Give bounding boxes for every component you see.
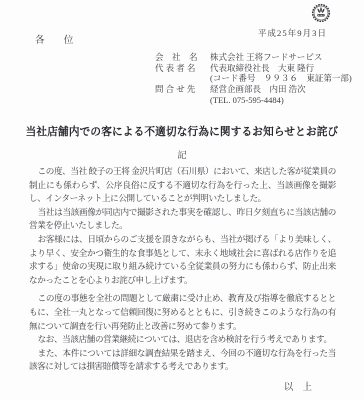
company-info-row: (コード番号 ９９３６ 東証第一部) [155,73,354,84]
body-paragraph: また、本件については詳細な調査結果を踏まえ、今回の不適切な行為を行った当該客に対… [29,347,336,374]
company-info-block: 会 社 名 株式会社 王将フードサービス 代 表 者 名 代表取締役社長 大東 … [155,52,354,106]
company-info-row: 会 社 名 株式会社 王将フードサービス [155,52,354,63]
company-info-label [155,73,210,84]
company-info-label: 会 社 名 [155,52,210,63]
company-info-label: 問 合 せ 先 [155,84,210,95]
company-info-value: 経営企画部長 内田 浩次 [210,84,306,95]
company-info-row: 問 合 せ 先 経営企画部長 内田 浩次 [155,84,354,95]
company-info-value: (コード番号 ９９３６ 東証第一部) [210,73,352,84]
company-info-value: 株式会社 王将フードサービス [210,52,322,63]
document-page: 平成25年9月3日 各 位 会 社 名 株式会社 王将フードサービス 代 表 者… [0,0,364,400]
company-info-row: 代 表 者 名 代表取締役社長 大東 隆行 [155,63,354,74]
body-paragraph: この度、当社 餃子の王将 金沢片町店（石川県）において、来店した客が従業員の制止… [29,165,336,206]
company-info-value: 代表取締役社長 大東 隆行 [210,63,314,74]
company-info-label [155,95,210,106]
record-mark: 記 [0,147,364,161]
body-paragraph: お客様には、日頃からのご支援を頂きながらも、当社が掲げる「より美味しく、より早く… [29,233,336,287]
company-info-row: (TEL. 075-595-4484) [155,95,354,106]
document-body: この度、当社 餃子の王将 金沢片町店（石川県）において、来店した客が従業員の制止… [29,165,336,374]
document-date: 平成25年9月3日 [258,27,327,39]
document-title: 当社店舗内での客による不適切な行為に関するお知らせとお詫び [0,124,364,139]
corporate-seal-icon [311,3,331,23]
addressee: 各 位 [35,32,73,46]
body-paragraph: 当社は当該画像が同店内で撮影された事実を確認し、昨日夕刻直ちに当該店舗の営業を停… [29,206,336,233]
closing-mark: 以 上 [284,379,312,393]
company-info-label: 代 表 者 名 [155,63,210,74]
body-paragraph: この度の事態を全社の問題として厳粛に受け止め、教育及び指導を徹底するとともに、全… [29,292,336,333]
body-paragraph: なお、当該店舗の営業継続については、退店を含め検討を行う考えであります。 [29,333,336,347]
company-info-value: (TEL. 075-595-4484) [210,95,284,106]
